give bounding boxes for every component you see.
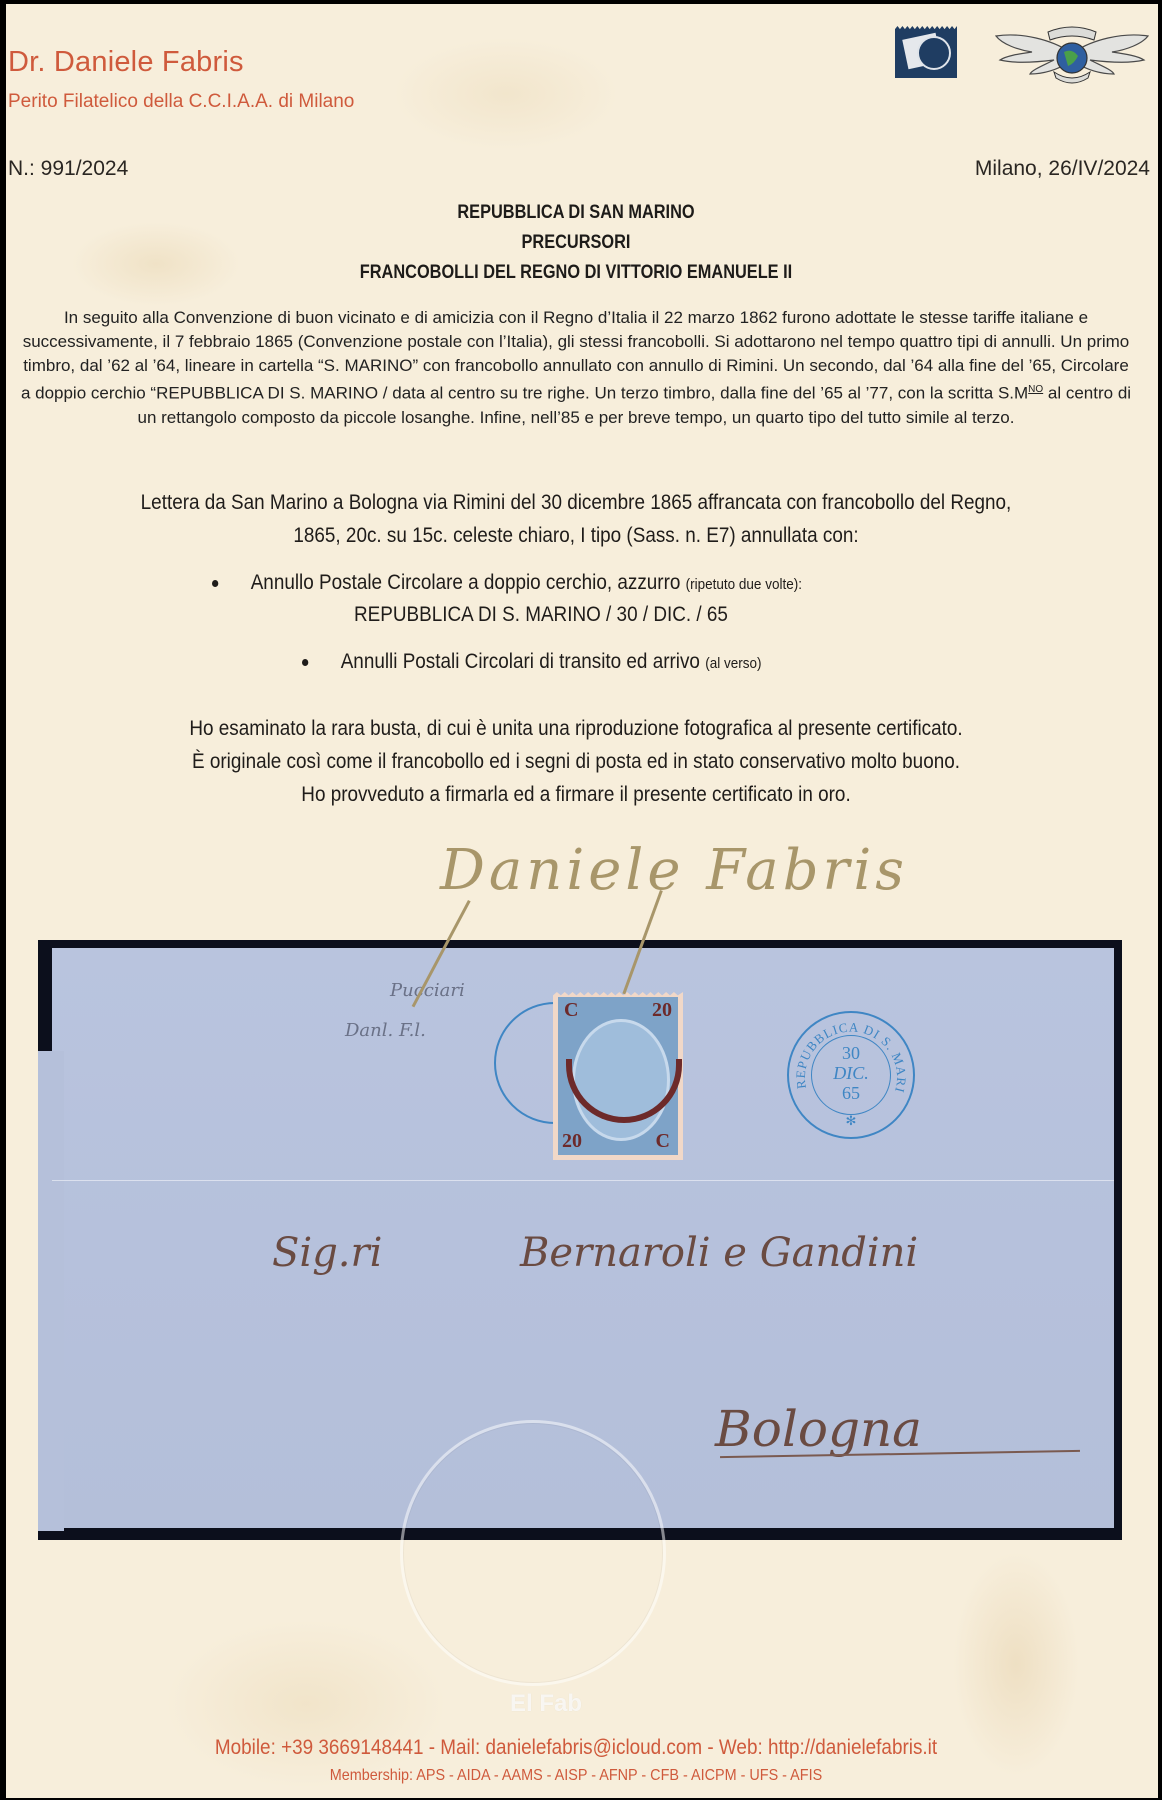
title-issue: FRANCOBOLLI DEL REGNO DI VITTORIO EMANUE… xyxy=(81,258,1072,288)
item-description: Lettera da San Marino a Bologna via Rimi… xyxy=(58,486,1095,552)
overprint-br: C xyxy=(656,1130,670,1153)
pencil-note-2: Danl. F.l. xyxy=(345,1020,426,1041)
description-line-2: 1865, 20c. su 15c. celeste chiaro, I tip… xyxy=(58,519,1095,552)
historical-intro: In seguito alla Convenzione di buon vici… xyxy=(20,306,1132,430)
embossed-seal-text: El Fab xyxy=(510,1690,582,1718)
bullet-cancellation-detail: REPUBBLICA DI S. MARINO / 30 / DIC. / 65 xyxy=(354,603,728,627)
overprint-bl: 20 xyxy=(562,1130,582,1153)
air-mail-society-wings-icon xyxy=(992,22,1152,88)
bullet-icon xyxy=(302,659,308,666)
bullet-icon xyxy=(212,580,218,587)
footer-membership: Membership: APS - AIDA - AAMS - AISP - A… xyxy=(58,1767,1095,1785)
postmark-day: 30 xyxy=(789,1043,913,1064)
address-city: Bologna xyxy=(715,1400,922,1458)
postmark-san-marino: REPUBBLICA DI S. MARINO 30 DIC. 65 ✻ xyxy=(787,1011,915,1139)
title-country: REPUBBLICA DI SAN MARINO xyxy=(81,198,1072,228)
bullet-cancellation: Annullo Postale Circolare a doppio cerch… xyxy=(212,571,802,595)
overprint-tl: C xyxy=(564,999,578,1022)
embossed-seal xyxy=(400,1420,666,1686)
certificate-title: REPUBBLICA DI SAN MARINO PRECURSORI FRAN… xyxy=(0,198,1152,288)
place-date: Milano, 26/IV/2024 xyxy=(975,157,1150,181)
address-recipient: Bernaroli e Gandini xyxy=(520,1230,918,1276)
postage-stamp: C 20 20 C xyxy=(553,992,683,1160)
intro-text-1: In seguito alla Convenzione di buon vici… xyxy=(21,308,1129,403)
footer-contacts: Mobile: +39 3669148441 - Mail: danielefa… xyxy=(58,1736,1095,1760)
pencil-note-1: Pucciari xyxy=(390,980,465,1001)
statement-line-3: Ho provveduto a firmarla ed a firmare il… xyxy=(58,778,1095,811)
gold-signature: Daniele Fabris xyxy=(440,838,908,903)
philatelic-society-logo-icon xyxy=(895,26,957,78)
postmark-year: 65 xyxy=(789,1083,913,1104)
postmark-month: DIC. xyxy=(789,1063,913,1084)
fold-line xyxy=(52,1180,1114,1181)
address-salutation: Sig.ri xyxy=(272,1230,382,1276)
expert-title: Perito Filatelico della C.C.I.A.A. di Mi… xyxy=(8,91,354,113)
description-line-1: Lettera da San Marino a Bologna via Rimi… xyxy=(58,486,1095,519)
certificate-number: N.: 991/2024 xyxy=(8,157,128,181)
overprint-tr: 20 xyxy=(652,999,672,1022)
statement-line-1: Ho esaminato la rara busta, di cui è uni… xyxy=(58,712,1095,745)
expert-statement: Ho esaminato la rara busta, di cui è uni… xyxy=(58,712,1095,811)
bullet-transit: Annulli Postali Circolari di transito ed… xyxy=(302,650,761,674)
envelope-fold xyxy=(38,1051,64,1531)
title-category: PRECURSORI xyxy=(81,228,1072,258)
intro-superscript: NO xyxy=(1028,384,1043,395)
statement-line-2: È originale così come il francobollo ed … xyxy=(58,745,1095,778)
expert-name: Dr. Daniele Fabris xyxy=(8,46,244,79)
postmark-star-icon: ✻ xyxy=(789,1113,913,1129)
